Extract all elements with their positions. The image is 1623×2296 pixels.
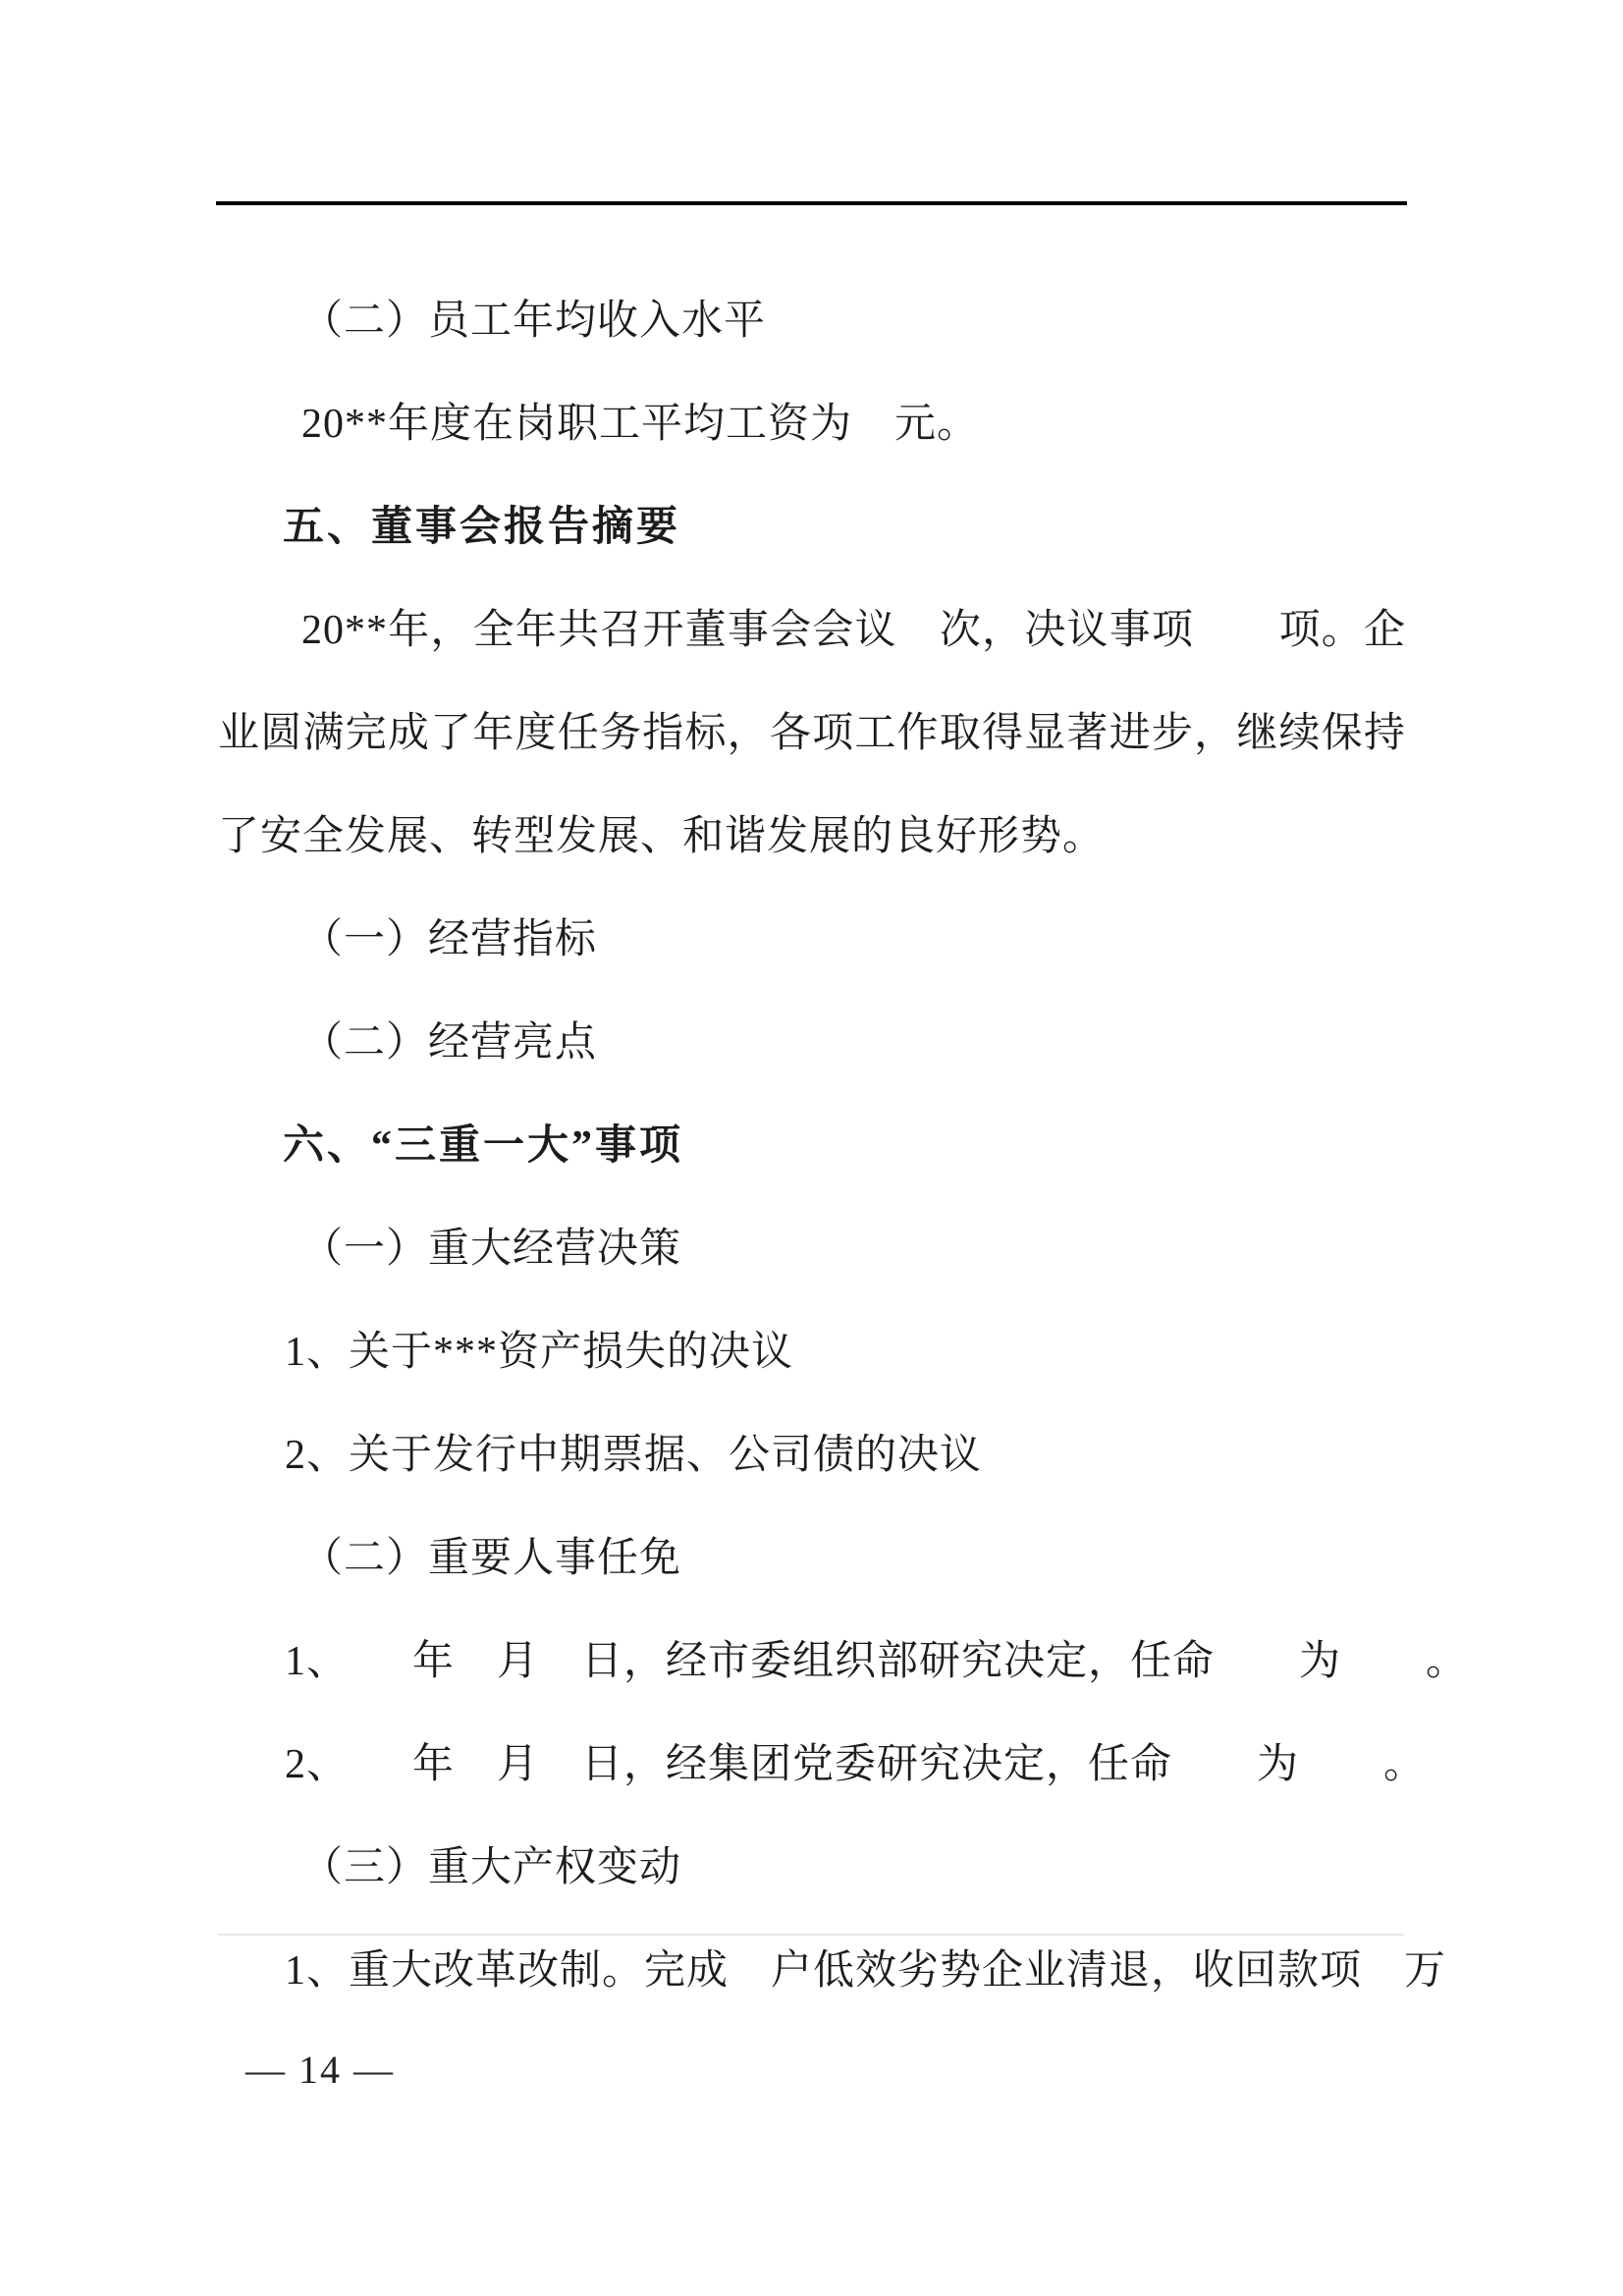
subheading-operating-highlights: （二）经营亮点: [218, 992, 1406, 1095]
item-asset-loss-resolution: 1、关于***资产损失的决议: [218, 1301, 1406, 1404]
subheading-personnel-appointments: （二）重要人事任免: [218, 1507, 1406, 1611]
para-average-wage: 20**年度在岗职工平均工资为 元。: [218, 373, 1406, 476]
document-page: （二）员工年均收入水平 20**年度在岗职工平均工资为 元。 五、董事会报告摘要…: [0, 0, 1623, 2296]
subheading-property-rights-changes: （三）重大产权变动: [218, 1817, 1406, 1920]
subheading-major-business-decisions: （一）重大经营决策: [218, 1198, 1406, 1301]
item-appointment-1: 1、 年 月 日，经市委组织部研究决定，任命 为 。: [218, 1611, 1406, 1714]
para-board-meetings: 20**年，全年共召开董事会会议 次，决议事项 项。企业圆满完成了年度任务指标，…: [218, 579, 1406, 889]
item-reform-restructuring: 1、重大改革改制。完成 户低效劣势企业清退，收回款项 万: [218, 1920, 1406, 2023]
subheading-staff-income: （二）员工年均收入水平: [218, 270, 1406, 373]
heading-board-report-summary: 五、董事会报告摘要: [218, 476, 1406, 579]
header-rule: [216, 201, 1407, 205]
heading-three-major-one-large: 六、“三重一大”事项: [218, 1095, 1406, 1198]
item-appointment-2: 2、 年 月 日，经集团党委研究决定，任命 为 。: [218, 1714, 1406, 1817]
item-bond-issuance-resolution: 2、关于发行中期票据、公司债的决议: [218, 1404, 1406, 1507]
footer-page-number: — 14 —: [245, 2046, 395, 2095]
subheading-operating-indicators: （一）经营指标: [218, 889, 1406, 992]
